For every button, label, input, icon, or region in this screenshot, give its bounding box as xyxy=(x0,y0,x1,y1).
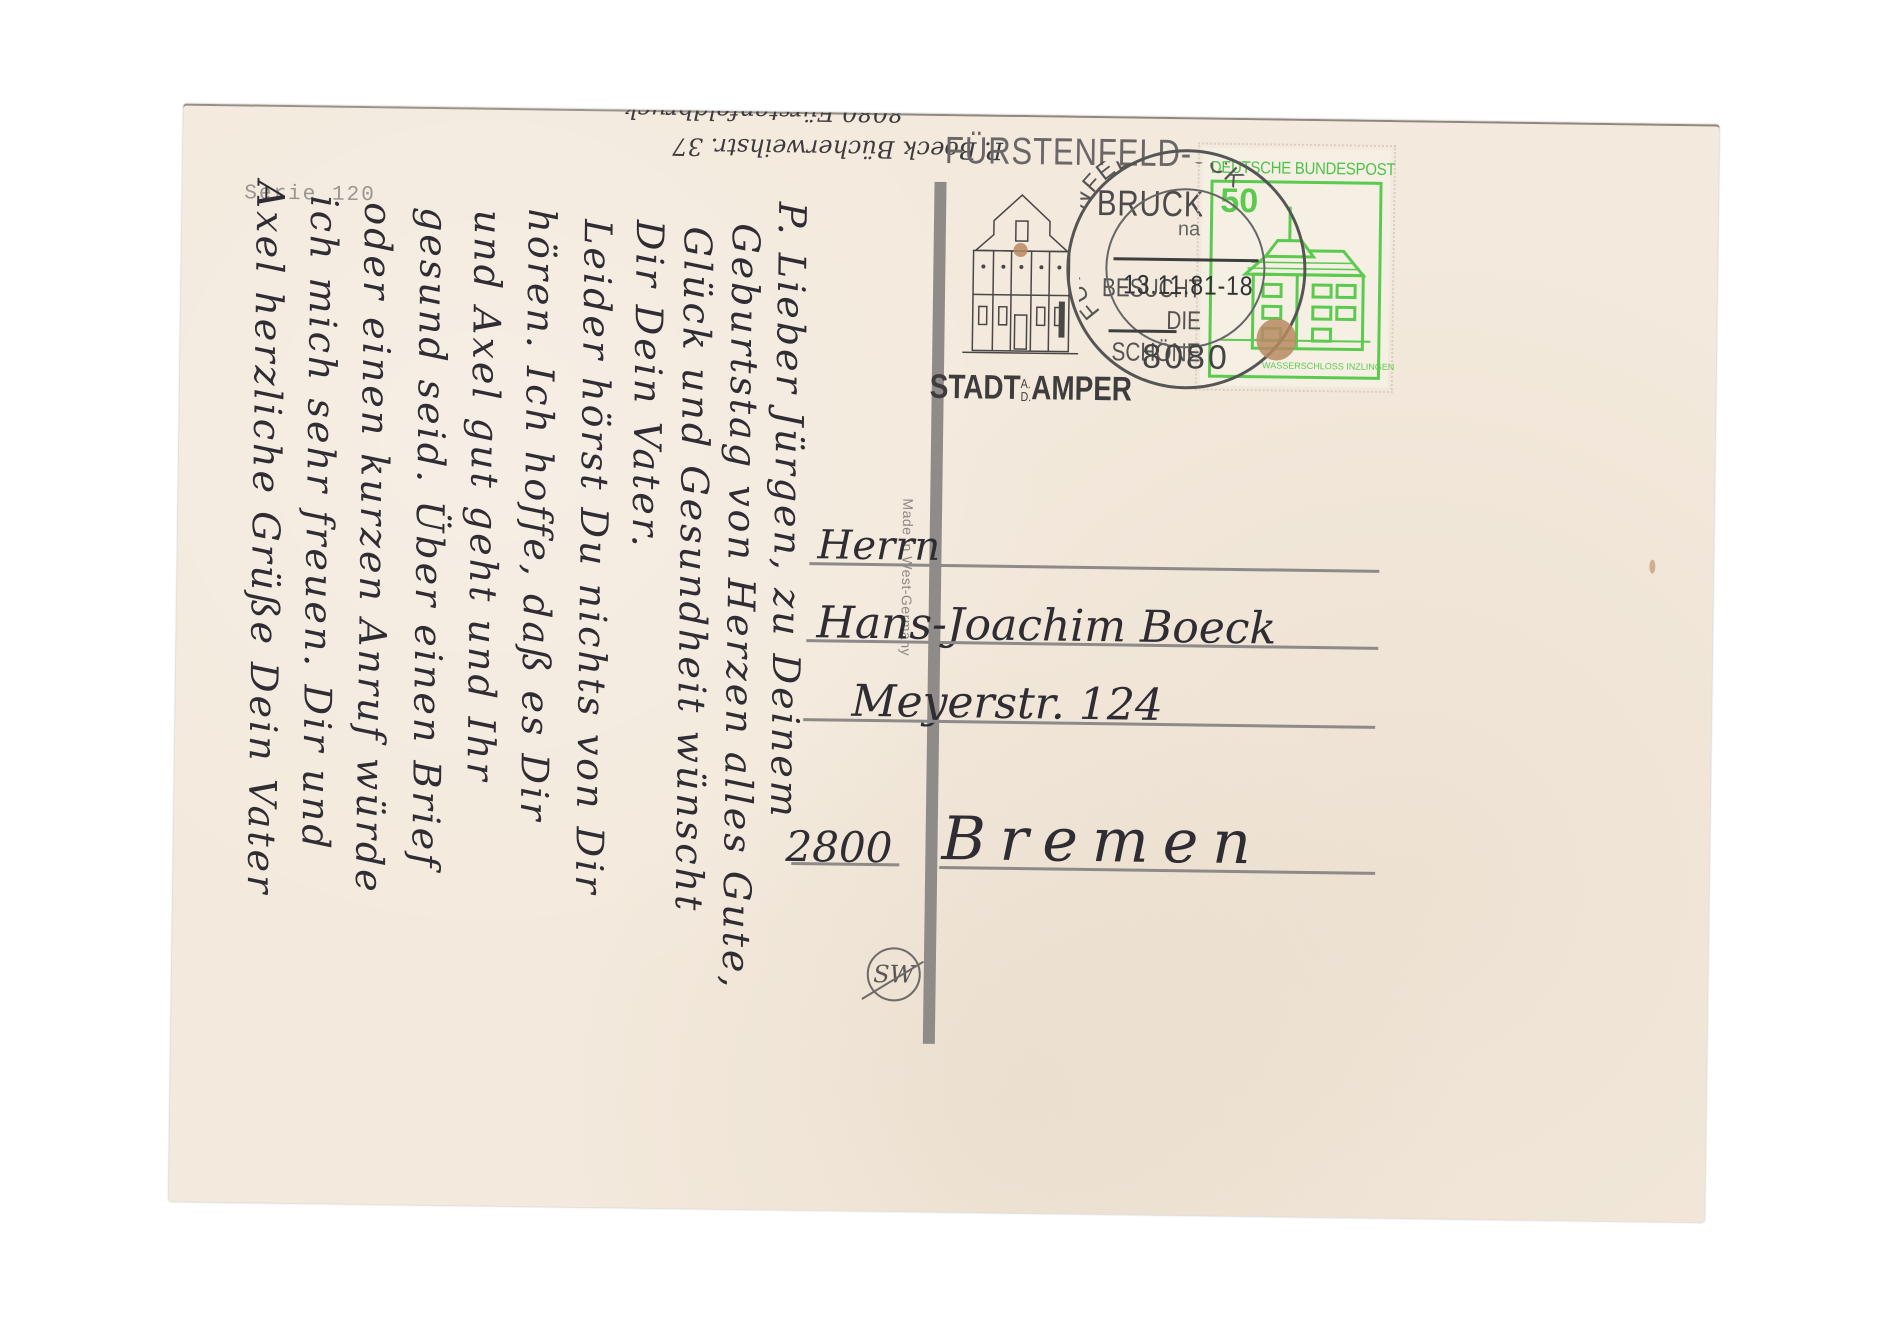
church-icon xyxy=(962,190,1080,358)
publisher-logo: SW xyxy=(866,947,921,1002)
slogan-stadt-line: STADTA.D.AMPER xyxy=(929,368,1132,410)
message-line: Leider hörst Du nichts von Dir xyxy=(567,219,620,897)
message-line: Geburtstag von Herzen alles Gute, xyxy=(714,223,768,991)
message-line: P. Lieber Jürgen, zu Deinem xyxy=(762,202,814,821)
message-line: Dir Dein Vater. xyxy=(624,220,672,551)
message-line: ich mich sehr freuen. Dir und xyxy=(293,195,346,852)
postmark-date: 13.11.81-18 xyxy=(1123,269,1254,302)
postmark-postcode: 8080 xyxy=(1142,338,1230,378)
slogan-stadt: STADT xyxy=(930,368,1021,407)
postcard: Serie 120 P. Boeck Bücherweihstr. 37 808… xyxy=(169,104,1720,1223)
slogan-ad-bottom: D. xyxy=(1020,389,1031,404)
slogan-amper: AMPER xyxy=(1031,369,1132,408)
slogan-ad: A.D. xyxy=(1020,377,1031,403)
message-line: hören. Ich hoffe, daß es Dir xyxy=(512,208,564,823)
stain xyxy=(1649,560,1655,574)
message-line: Axel herzliche Grüße Dein Vater xyxy=(239,180,293,896)
postmark-office-code: na xyxy=(1178,218,1201,241)
message-line: Glück und Gesundheit wünscht xyxy=(667,226,720,913)
message-line: und Axel gut geht und Ihr xyxy=(458,209,510,783)
message-line: oder einen kurzen Anruf würde xyxy=(347,202,400,895)
message-line: gesund seid. Über einen Brief xyxy=(403,207,456,871)
